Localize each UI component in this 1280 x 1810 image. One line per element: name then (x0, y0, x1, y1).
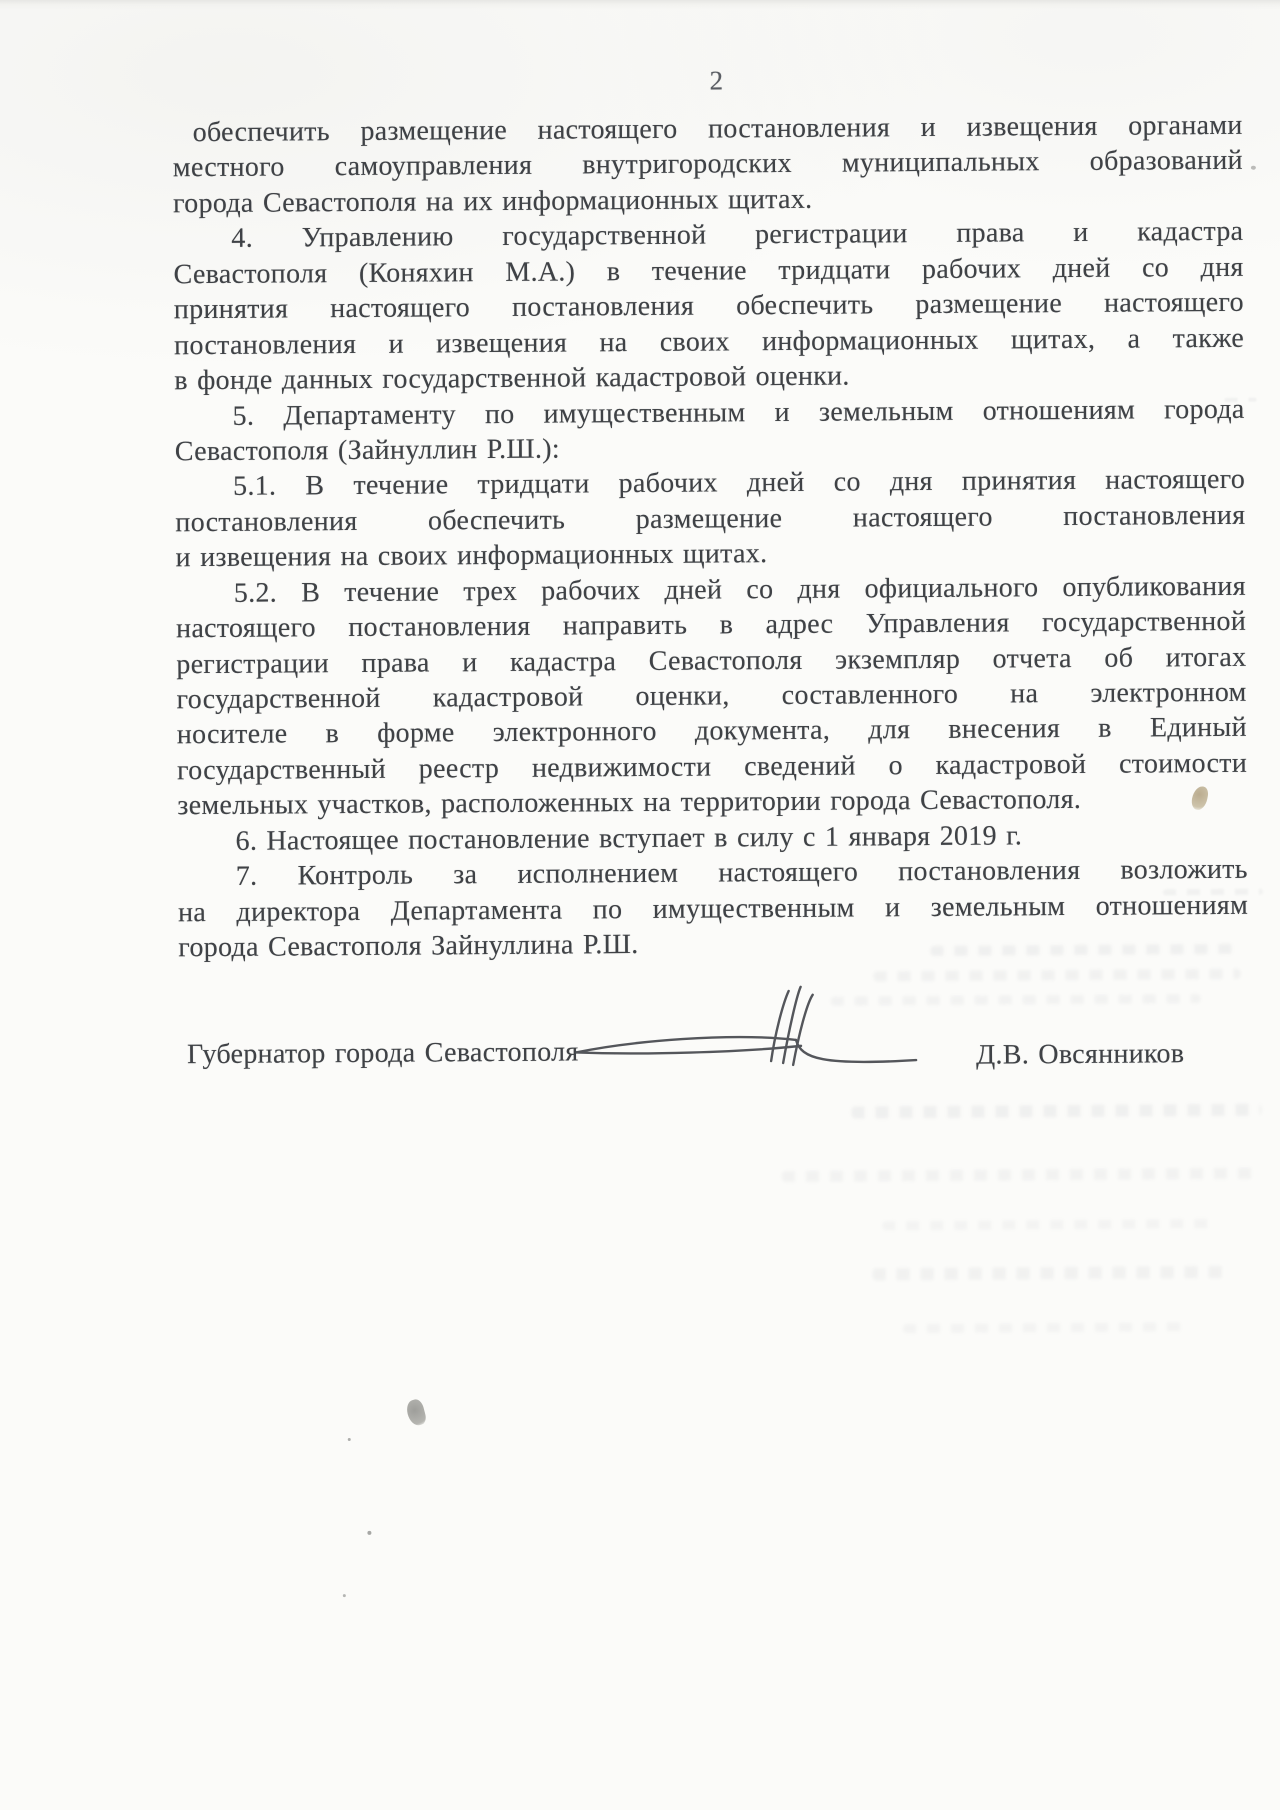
bleed-through-artifact (782, 1168, 1262, 1182)
scan-content: 2 обеспечить размещение настоящего поста… (0, 0, 1280, 1810)
paper-speck (343, 1594, 346, 1597)
paper-stain (405, 1398, 428, 1427)
bleed-through-artifact (874, 969, 1241, 982)
bleed-through-artifact (903, 1322, 1183, 1333)
document-line: 5. Департаменту по имущественным и земел… (174, 391, 1244, 434)
scanned-document-page: 2 обеспечить размещение настоящего поста… (0, 0, 1280, 1810)
signatory-name: Д.В. Овсянников (976, 1038, 1226, 1072)
document-line: местного самоуправления внутригородских … (173, 143, 1243, 186)
paper-speck (367, 1531, 371, 1535)
bleed-through-artifact (1225, 398, 1257, 402)
bleed-through-artifact (882, 1219, 1212, 1230)
bleed-through-artifact (831, 994, 1201, 1006)
paper-speck (1251, 166, 1256, 170)
paper-speck (348, 1438, 351, 1441)
document-body: обеспечить размещение настоящего постано… (173, 108, 1249, 966)
document-line: постановления и извещения на своих инфор… (174, 320, 1244, 363)
document-line: на директора Департамента по имущественн… (178, 887, 1248, 930)
page-number: 2 (694, 65, 738, 99)
bleed-through-artifact (1163, 889, 1263, 896)
bleed-through-artifact (851, 1104, 1261, 1119)
handwritten-signature (561, 973, 942, 1076)
signature-title: Губернатор города Севастополя (187, 1036, 579, 1071)
bleed-through-artifact (873, 1266, 1233, 1281)
